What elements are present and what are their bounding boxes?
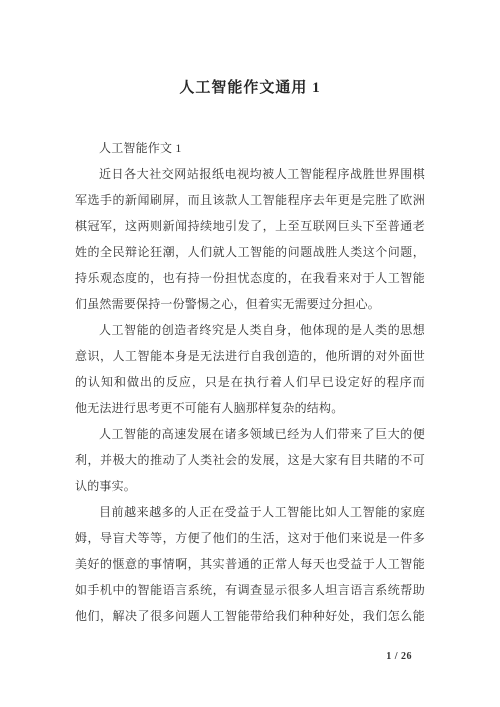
page-number: 1 / 26	[386, 651, 412, 662]
paragraph: 人工智能的高速发展在诸多领域已经为人们带来了巨大的便利，并极大的推动了人类社会的…	[75, 421, 425, 499]
text-line: 他无法进行思考更不可能有人脑那样复杂的结构。	[75, 395, 425, 421]
text-line: 人工智能作文 1	[75, 135, 425, 161]
text-line: 近日各大社交网站报纸电视均被人工智能程序战胜世界围棋冠	[75, 161, 425, 187]
text-line: 美好的惬意的事情啊，其实普通的正常人每天也受益于人工智能比	[75, 551, 425, 577]
text-line: 们虽然需要保持一份警惕之心，但着实无需要过分担心。	[75, 291, 425, 317]
document-title: 人工智能作文通用 1	[0, 76, 500, 97]
paragraph: 人工智能作文 1	[75, 135, 425, 161]
text-line: 棋冠军，这两则新闻持续地引发了，上至互联网巨头下至普通老百	[75, 213, 425, 239]
text-line: 人工智能的高速发展在诸多领域已经为人们带来了巨大的便	[75, 421, 425, 447]
text-line: 姓的全民辩论狂潮，人们就人工智能的问题战胜人类这个问题，有	[75, 239, 425, 265]
text-line: 认的事实。	[75, 473, 425, 499]
text-line: 他们，解决了很多问题人工智能带给我们种种好处，我们怎么能忽	[75, 603, 425, 629]
text-line: 持乐观态度的，也有持一份担忧态度的，在我看来对于人工智能我	[75, 265, 425, 291]
text-line: 目前越来越多的人正在受益于人工智能比如人工智能的家庭保	[75, 499, 425, 525]
text-line: 如手机中的智能语言系统，有调查显示很多人坦言语言系统帮助了	[75, 577, 425, 603]
text-line: 姆，导盲犬等等，方便了他们的生活，这对于他们来说是一件多么	[75, 525, 425, 551]
text-line: 意识，人工智能本身是无法进行自我创造的，他所谓的对外面世界	[75, 343, 425, 369]
text-line: 军选手的新闻刷屏，而且该款人工智能程序去年更是完胜了欧洲围	[75, 187, 425, 213]
document-page: 人工智能作文通用 1 人工智能作文 1近日各大社交网站报纸电视均被人工智能程序战…	[0, 0, 500, 707]
text-line: 利，并极大的推动了人类社会的发展，这是大家有目共睹的不可否	[75, 447, 425, 473]
paragraph: 目前越来越多的人正在受益于人工智能比如人工智能的家庭保姆，导盲犬等等，方便了他们…	[75, 499, 425, 629]
text-line: 人工智能的创造者终究是人类自身，他体现的是人类的思想和	[75, 317, 425, 343]
text-line: 的认知和做出的反应，只是在执行着人们早已设定好的程序而已，	[75, 369, 425, 395]
paragraph: 近日各大社交网站报纸电视均被人工智能程序战胜世界围棋冠军选手的新闻刷屏，而且该款…	[75, 161, 425, 317]
paragraph: 人工智能的创造者终究是人类自身，他体现的是人类的思想和意识，人工智能本身是无法进…	[75, 317, 425, 421]
document-body: 人工智能作文 1近日各大社交网站报纸电视均被人工智能程序战胜世界围棋冠军选手的新…	[75, 135, 425, 629]
